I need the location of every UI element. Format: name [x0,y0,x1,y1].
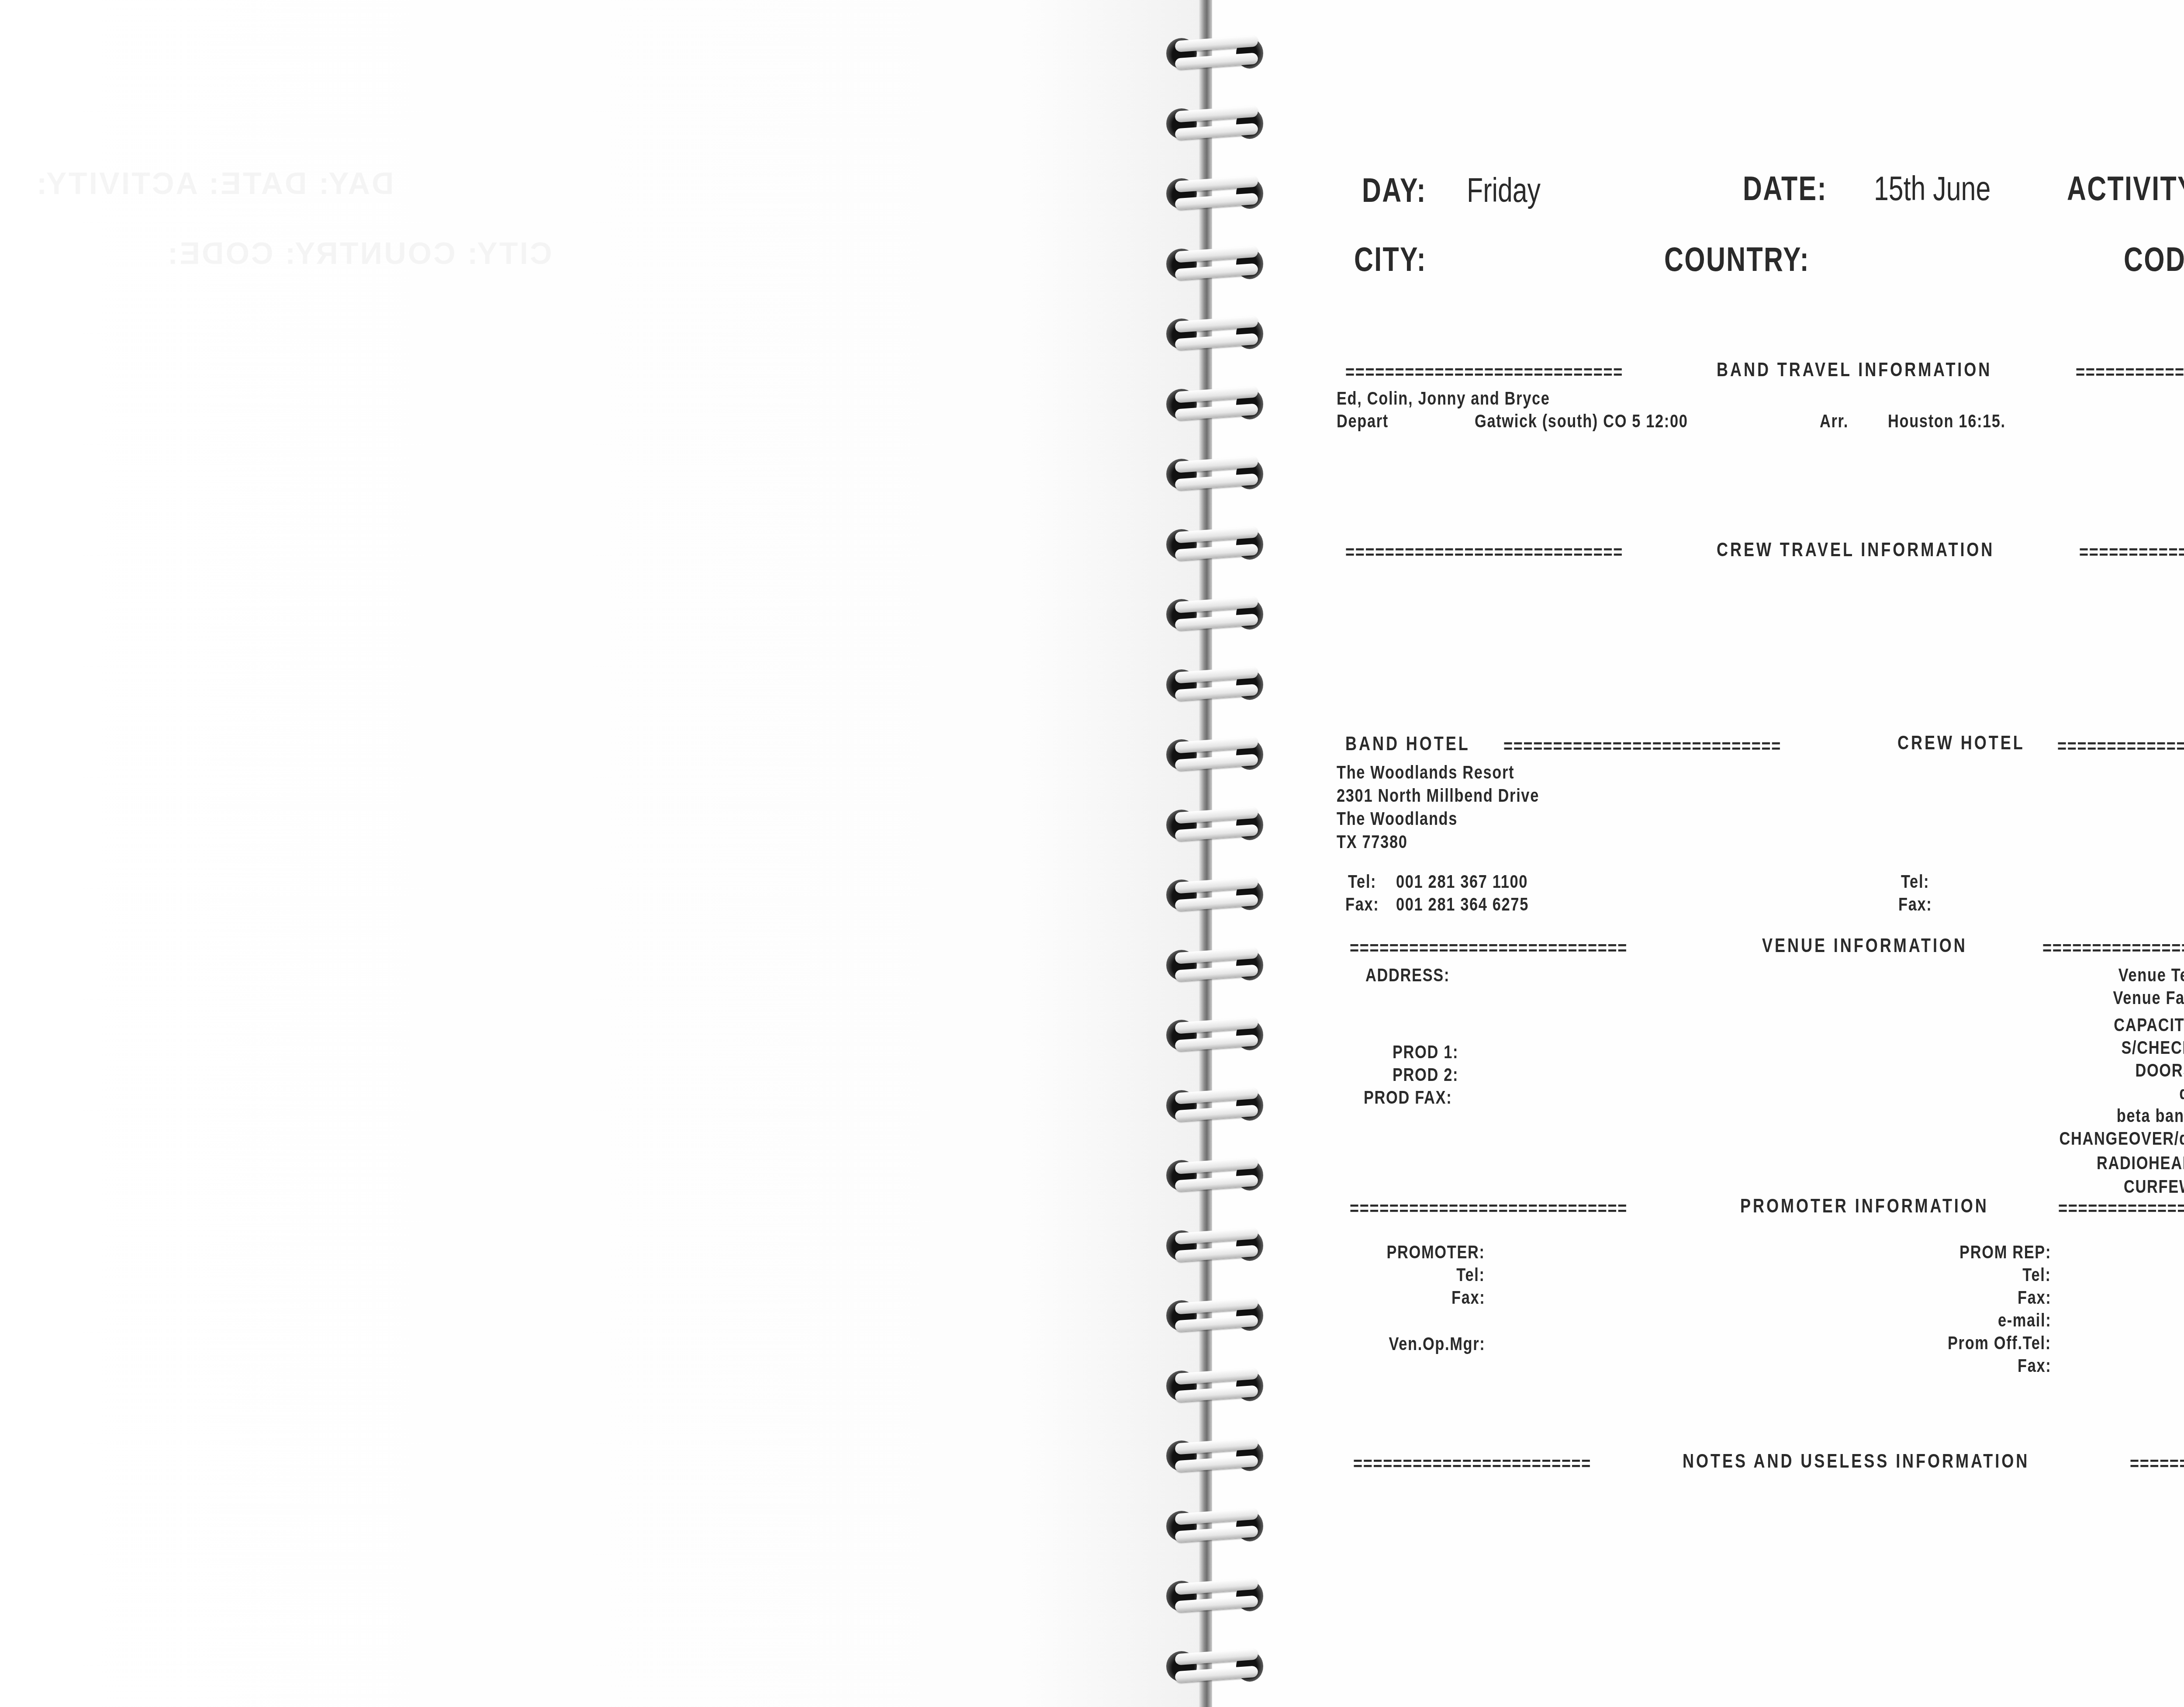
rule-left: ======================== [1353,1453,1591,1475]
spiral-coil [1162,1646,1267,1687]
spiral-coil [1162,173,1267,215]
prod1-label: PROD 1: [1393,1042,1458,1063]
spiral-coil [1162,874,1267,916]
venue-field-label: Venue Tel: [2118,965,2184,986]
spiral-coil [1162,1015,1267,1056]
code-label: CODE: [2124,239,2184,279]
crew-hotel-tel-label: Tel: [1901,871,1929,892]
venue-field-label: Venue Fax: [2113,987,2184,1008]
venue-field-label: DOORS: [2135,1060,2184,1081]
spiral-coil [1162,1295,1267,1337]
crew-hotel-title: CREW HOTEL [1897,732,2025,754]
band-members: Ed, Colin, Jonny and Bryce [1337,388,1550,409]
arrive-label: Arr. [1820,411,1849,432]
prom-rep-field-label: Tel: [2023,1264,2051,1285]
band-hotel-fax-value: 001 281 364 6275 [1396,894,1529,915]
spiral-coil [1162,524,1267,565]
rule-crew-hotel: ============================ [2057,736,2184,758]
promoter-field-label: Fax: [1451,1287,1485,1308]
promoter-field-label: Ven.Op.Mgr: [1389,1333,1485,1354]
city-label: CITY: [1354,239,1427,279]
venue-field-label: CHANGEOVER/dj: [2060,1128,2184,1149]
hotel-address-line: The Woodlands Resort [1337,762,1514,783]
hotel-address-line: The Woodlands [1337,808,1458,829]
band-hotel-tel-label: Tel: [1348,871,1376,892]
spiral-coil [1162,384,1267,425]
rule-left: ============================ [1350,1198,1628,1220]
spiral-coil [1162,243,1267,285]
spiral-coil [1162,734,1267,776]
country-label: COUNTRY: [1664,239,1810,279]
depart-value: Gatwick (south) CO 5 12:00 [1475,411,1688,432]
rule-right: =========================== [2079,542,2184,564]
band-hotel-tel-value: 001 281 367 1100 [1396,871,1528,892]
left-page: DAY: DATE: ACTIVITY: CITY: COUNTRY: CODE… [0,0,1199,1707]
prom-rep-field-label: Fax: [2018,1287,2051,1308]
promoter-title: PROMOTER INFORMATION [1740,1195,1989,1217]
day-value: Friday [1467,170,1541,210]
spiral-coil [1162,664,1267,706]
band-hotel-fax-label: Fax: [1345,894,1379,915]
prom-rep-field-label: PROM REP: [1959,1242,2051,1263]
arrive-value: Houston 16:15. [1888,411,2006,432]
prom-rep-field-label: Fax: [2018,1355,2051,1376]
activity-label: ACTIVITY: [2067,169,2184,208]
rule-right: =========================== [2076,362,2184,384]
spiral-coil [1162,1575,1267,1617]
venue-field-label: RADIOHEAD: [2097,1153,2184,1174]
promoter-field-label: PROMOTER: [1387,1242,1485,1263]
venue-field-label: CURFEW: [2124,1176,2184,1197]
crew-hotel-fax-label: Fax: [1898,894,1932,915]
rule-left: ============================ [1345,362,1623,384]
rule-left: ============================ [1350,938,1628,959]
spiral-coil [1162,594,1267,635]
prod-fax-label: PROD FAX: [1364,1087,1452,1108]
hotel-address-line: 2301 North Millbend Drive [1337,785,1539,806]
venue-field-label: S/CHECK: [2121,1037,2184,1058]
venue-field-label: dj: [2179,1083,2184,1104]
rule-left: ============================ [1345,542,1623,564]
ghost-header-line: DAY: DATE: ACTIVITY: [35,166,394,201]
spiral-coil [1162,945,1267,986]
spiral-coil [1162,1225,1267,1267]
spiral-coil [1162,1155,1267,1196]
spiral-coil [1162,804,1267,846]
spiral-coil [1162,103,1267,145]
notes-title: NOTES AND USELESS INFORMATION [1683,1451,2029,1472]
ghost-city-line: CITY: COUNTRY: CODE: [166,236,552,271]
crew-travel-title: CREW TRAVEL INFORMATION [1717,539,1994,561]
rule-right: ======================== [2130,1453,2184,1475]
prod2-label: PROD 2: [1393,1064,1458,1085]
hotel-address-line: TX 77380 [1337,831,1407,852]
band-travel-title: BAND TRAVEL INFORMATION [1717,359,1992,381]
venue-address-label: ADDRESS: [1365,965,1450,986]
date-label: DATE: [1743,169,1827,208]
rule-right: ============================ [2042,938,2184,959]
rule-band-hotel: ============================ [1503,736,1781,758]
spiral-coil [1162,1085,1267,1126]
spiral-coil [1162,313,1267,355]
spiral-coil [1162,1435,1267,1477]
depart-label: Depart [1337,411,1389,432]
rule-right: =========================== [2058,1198,2184,1220]
venue-field-label: beta band: [2116,1105,2184,1126]
day-label: DAY: [1362,170,1427,210]
band-hotel-title: BAND HOTEL [1345,733,1470,755]
spiral-coil [1162,33,1267,74]
prom-rep-field-label: e-mail: [1998,1310,2051,1331]
spiral-coil [1162,1365,1267,1407]
spiral-coil [1162,454,1267,495]
spiral-coil [1162,1506,1267,1547]
venue-title: VENUE INFORMATION [1762,935,1967,957]
venue-field-label: CAPACITY: [2114,1015,2184,1035]
promoter-field-label: Tel: [1457,1264,1485,1285]
date-value: 15th June [1874,169,1990,208]
prom-rep-field-label: Prom Off.Tel: [1948,1333,2051,1354]
